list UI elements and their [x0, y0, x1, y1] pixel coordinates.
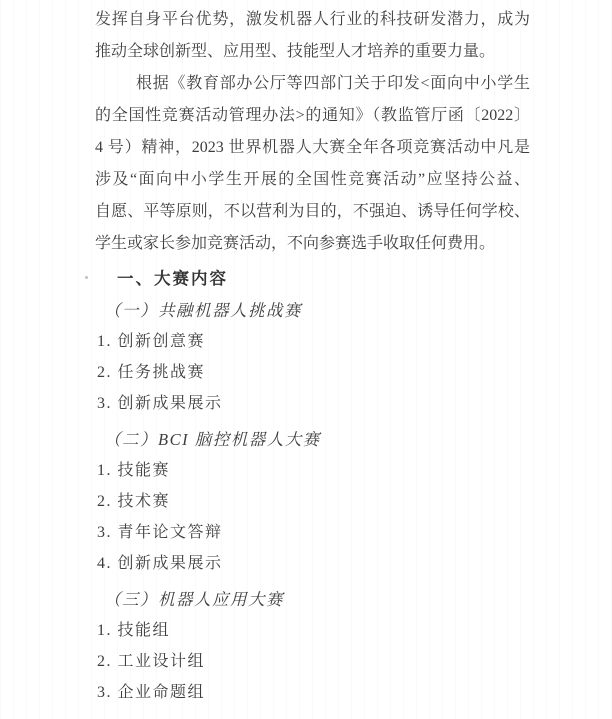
list-item: 4. 创新成果展示: [95, 548, 530, 579]
text-line: 学生或家长参加竞赛活动，不向参赛选手收取任何费用。: [95, 228, 530, 260]
section-heading: 一、大赛内容: [95, 264, 530, 295]
document-page: 发挥自身平台优势，激发机器人行业的科技研发潜力，成为 推动全球创新型、应用型、技…: [0, 0, 612, 719]
text-line: 发挥自身平台优势，激发机器人行业的科技研发潜力，成为: [95, 4, 530, 36]
subsection-bci: （二）BCI 脑控机器人大赛 1. 技能赛 2. 技术赛 3. 青年论文答辩 4…: [95, 424, 530, 579]
list-item: 3. 企业命题组: [95, 677, 530, 708]
text-line: 涉及“面向中小学生开展的全国性竞赛活动”应坚持公益、: [95, 164, 530, 196]
text-line: 4 号）精神，2023 世界机器人大赛全年各项竞赛活动中凡是: [95, 132, 530, 164]
scan-speck-artifact: [85, 276, 88, 279]
subsection-application: （三）机器人应用大赛 1. 技能组 2. 工业设计组 3. 企业命题组: [95, 584, 530, 708]
intro-paragraph: 发挥自身平台优势，激发机器人行业的科技研发潜力，成为 推动全球创新型、应用型、技…: [95, 4, 530, 68]
text-line: 根据《教育部办公厅等四部门关于印发<面向中小学生: [95, 68, 530, 100]
text-line: 的全国性竞赛活动管理办法>的通知》（教监管厅函〔2022〕: [95, 100, 530, 132]
subsection-challenge: （一）共融机器人挑战赛 1. 创新创意赛 2. 任务挑战赛 3. 创新成果展示: [95, 295, 530, 419]
subsection-heading: （三）机器人应用大赛: [95, 584, 530, 615]
text-line: 推动全球创新型、应用型、技能型人才培养的重要力量。: [95, 36, 530, 68]
list-item: 3. 创新成果展示: [95, 388, 530, 419]
subsection-heading: （一）共融机器人挑战赛: [95, 295, 530, 326]
policy-paragraph: 根据《教育部办公厅等四部门关于印发<面向中小学生 的全国性竞赛活动管理办法>的通…: [95, 68, 530, 260]
list-item: 3. 青年论文答辩: [95, 517, 530, 548]
text-line: 自愿、平等原则，不以营利为目的，不强迫、诱导任何学校、: [95, 196, 530, 228]
list-item: 1. 技能组: [95, 615, 530, 646]
list-item: 1. 技能赛: [95, 455, 530, 486]
subsection-heading: （二）BCI 脑控机器人大赛: [95, 424, 530, 455]
list-item: 2. 工业设计组: [95, 646, 530, 677]
list-item: 1. 创新创意赛: [95, 326, 530, 357]
list-item: 2. 技术赛: [95, 486, 530, 517]
list-item: 2. 任务挑战赛: [95, 357, 530, 388]
